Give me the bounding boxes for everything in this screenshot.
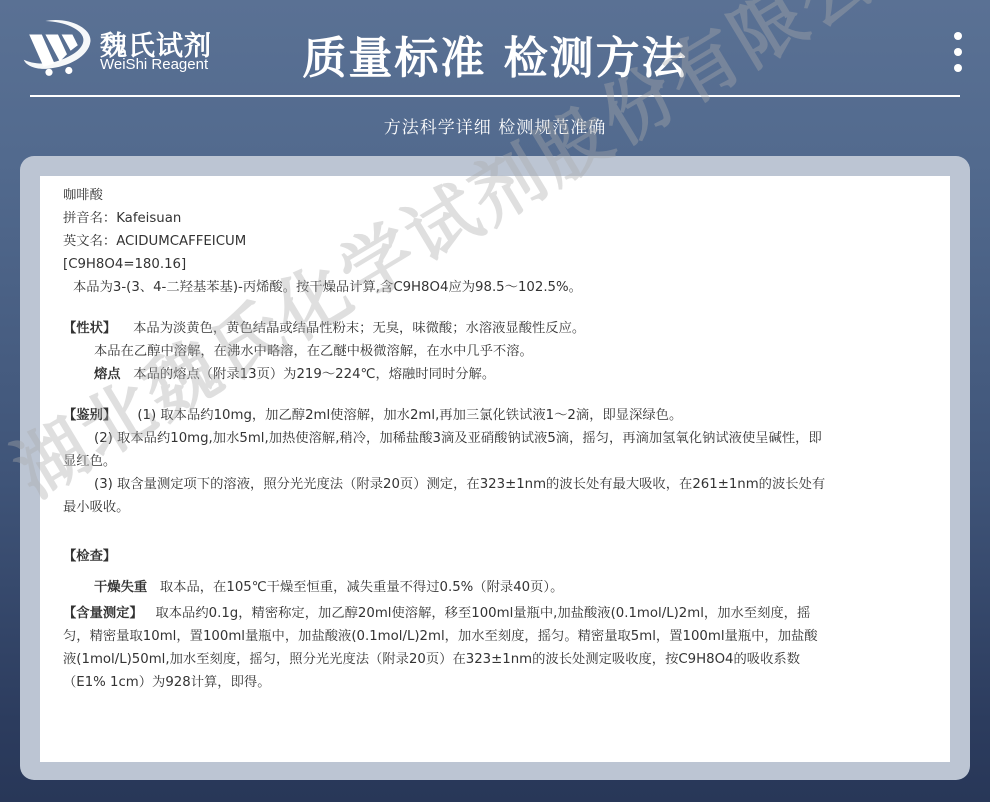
properties-line2: 本品在乙醇中溶解，在沸水中略溶，在乙醚中极微溶解，在水中几乎不溶。 xyxy=(63,340,933,363)
assay-line4: （E1% 1cm）为928计算，即得。 xyxy=(63,671,933,694)
melting-point-line: 熔点 本品的熔点（附录13页）为219～224℃，熔融时同时分解。 xyxy=(63,363,933,386)
loss-on-drying-text: 取本品，在105℃干燥至恒重，减失重量不得过0.5%（附录40页）。 xyxy=(160,580,564,595)
product-name: 咖啡酸 xyxy=(63,184,933,207)
identification-line1: 【鉴别】 (1) 取本品约10mg，加乙醇2ml使溶解，加水2ml,再加三氯化铁… xyxy=(63,404,933,427)
more-vertical-icon-dot xyxy=(954,48,962,56)
properties-text1: 本品为淡黄色，黄色结晶或结晶性粉末；无臭，味微酸；水溶液显酸性反应。 xyxy=(133,321,585,336)
english-label: 英文名： xyxy=(63,234,116,249)
identification-label: 【鉴别】 xyxy=(63,408,116,423)
document-body: 咖啡酸 拼音名：Kafeisuan 英文名：ACIDUMCAFFEICUM [C… xyxy=(63,184,933,694)
melting-point-text: 本品的熔点（附录13页）为219～224℃，熔融时同时分解。 xyxy=(133,367,495,382)
identification-item3: (3) 取含量测定项下的溶液，照分光光度法（附录20页）测定，在323±1nm的… xyxy=(63,473,933,496)
molecular-formula: [C9H8O4=180.16] xyxy=(63,253,933,276)
page-header: 魏氏试剂 WeiShi Reagent 质量标准 检测方法 方法科学详细 检测规… xyxy=(0,0,990,150)
assay-line2: 匀，精密量取10ml，置100ml量瓶中，加盐酸液(0.1mol/L)2ml，加… xyxy=(63,625,933,648)
melting-point-label: 熔点 xyxy=(94,367,121,382)
more-vertical-icon-dot xyxy=(954,64,962,72)
page-title: 质量标准 检测方法 xyxy=(0,22,990,86)
identification-item3-cont: 最小吸收。 xyxy=(63,496,933,519)
pinyin-label: 拼音名： xyxy=(63,211,116,226)
pinyin-line: 拼音名：Kafeisuan xyxy=(63,207,933,230)
assay-line1: 【含量测定】 取本品约0.1g，精密称定，加乙醇20ml使溶解，移至100ml量… xyxy=(63,602,933,625)
properties-label: 【性状】 xyxy=(63,321,116,336)
english-value: ACIDUMCAFFEICUM xyxy=(116,234,246,249)
more-menu-button[interactable] xyxy=(948,32,968,72)
definition: 本品为3-(3、4-二羟基苯基)-丙烯酸。按干燥品计算,含C9H8O4应为98.… xyxy=(63,276,933,299)
properties-line1: 【性状】 本品为淡黄色，黄色结晶或结晶性粉末；无臭，味微酸；水溶液显酸性反应。 xyxy=(63,317,933,340)
loss-on-drying-label: 干燥失重 xyxy=(94,580,147,595)
identification-item2-cont: 显红色。 xyxy=(63,450,933,473)
assay-text1: 取本品约0.1g，精密称定，加乙醇20ml使溶解，移至100ml量瓶中,加盐酸液… xyxy=(155,606,810,621)
identification-item1: (1) 取本品约10mg，加乙醇2ml使溶解，加水2ml,再加三氯化铁试液1～2… xyxy=(137,408,682,423)
page-subtitle: 方法科学详细 检测规范准确 xyxy=(0,113,990,138)
examination-label: 【检查】 xyxy=(63,545,933,568)
document-sheet: 咖啡酸 拼音名：Kafeisuan 英文名：ACIDUMCAFFEICUM [C… xyxy=(40,176,950,762)
assay-line3: 液(1mol/L)50ml,加水至刻度，摇匀，照分光光度法（附录20页）在323… xyxy=(63,648,933,671)
more-vertical-icon-dot xyxy=(954,32,962,40)
header-divider xyxy=(30,95,960,97)
pinyin-value: Kafeisuan xyxy=(116,211,181,226)
assay-label: 【含量测定】 xyxy=(63,606,143,621)
identification-item2: (2) 取本品约10mg,加水5ml,加热使溶解,稍冷，加稀盐酸3滴及亚硝酸钠试… xyxy=(63,427,933,450)
loss-on-drying-line: 干燥失重 取本品，在105℃干燥至恒重，减失重量不得过0.5%（附录40页）。 xyxy=(63,576,933,599)
english-line: 英文名：ACIDUMCAFFEICUM xyxy=(63,230,933,253)
